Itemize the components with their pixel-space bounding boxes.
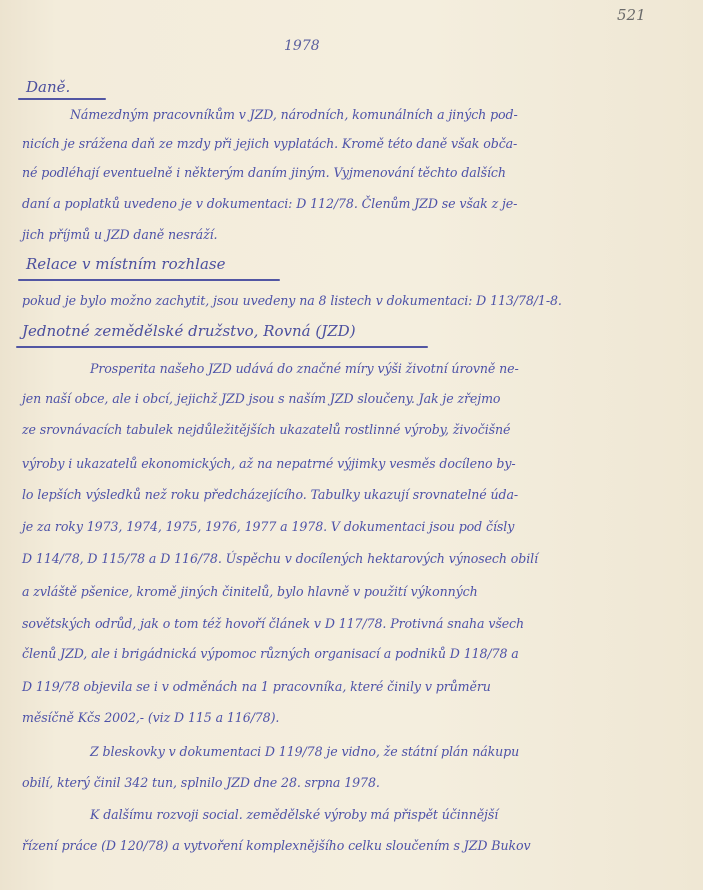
text-line: jich příjmů u JZD daně nesráží.	[22, 227, 217, 242]
text-line: nicích je srážena daň ze mzdy při jejich…	[22, 136, 517, 151]
text-line: né podléhají eventuelně i některým daním…	[22, 165, 506, 180]
year-heading: 1978	[284, 38, 320, 54]
text-line: měsíčně Kčs 2002,- (viz D 115 a 116/78).	[22, 710, 279, 725]
text-line: pokud je bylo možno zachytit, jsou uvede…	[22, 293, 562, 308]
page-number: 521	[617, 6, 646, 24]
text-line: je za roky 1973, 1974, 1975, 1976, 1977 …	[22, 519, 514, 534]
text-line: výroby i ukazatelů ekonomických, až na n…	[22, 456, 516, 471]
section-heading-dane: Daně.	[26, 78, 70, 99]
section-heading-relace: Relace v místním rozhlase	[26, 255, 225, 276]
heading-underline	[18, 279, 280, 281]
text-line: Prosperita našeho JZD udává do značné mí…	[90, 361, 519, 376]
text-line: daní a poplatků uvedeno je v dokumentaci…	[22, 196, 517, 211]
text-line: obilí, který činil 342 tun, splnilo JZD …	[22, 775, 380, 790]
text-line: sovětských odrůd, jak o tom též hovoří č…	[22, 616, 524, 631]
heading-underline	[16, 346, 428, 348]
text-line: Námezdným pracovníkům v JZD, národních, …	[70, 107, 518, 122]
text-line: Z bleskovky v dokumentaci D 119/78 je vi…	[90, 744, 519, 759]
text-line: K dalšímu rozvoji social. zemědělské výr…	[90, 807, 498, 822]
text-line: D 119/78 objevila se i v odměnách na 1 p…	[22, 679, 491, 694]
section-heading-jzd: Jednotné zemědělské družstvo, Rovná (JZD…	[22, 322, 356, 343]
text-line: D 114/78, D 115/78 a D 116/78. Úspěchu v…	[22, 551, 538, 566]
text-line: lo lepších výsledků než roku předcházejí…	[22, 487, 518, 502]
heading-underline	[18, 98, 106, 100]
text-line: řízení práce (D 120/78) a vytvoření komp…	[22, 838, 531, 853]
text-line: ze srovnávacích tabulek nejdůležitějších…	[22, 422, 510, 437]
text-line: jen naší obce, ale i obcí, jejichž JZD j…	[22, 391, 500, 406]
text-line: a zvláště pšenice, kromě jiných činitelů…	[22, 584, 478, 599]
text-line: členů JZD, ale i brigádnická výpomoc růz…	[22, 646, 519, 661]
